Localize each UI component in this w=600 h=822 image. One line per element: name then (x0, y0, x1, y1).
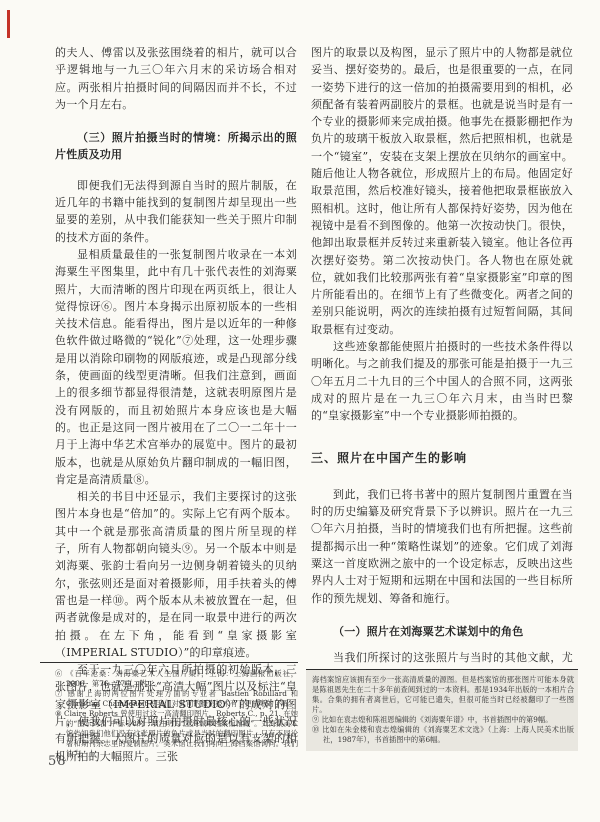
subsection-heading: （一）照片在刘海粟艺术谋划中的角色 (311, 623, 573, 640)
section-heading-three: （三）照片拍摄当时的情境：所揭示出的照片性质及功用 (55, 129, 297, 164)
footnote: ⑦ 感谢上海的两位图片处理方面的专业者 Bastien Robillard 和 … (55, 689, 298, 709)
paragraph-continuation: 的夫人、傅雷以及张弦围绕着的相片，就可以合乎逻辑地与一九三〇年六月末的采访场合相… (55, 44, 297, 113)
page-number: 58 (48, 754, 67, 769)
paragraph: 这些迹象都能使照片拍摄时的一些技术条件得以明晰化。与之前我们提及的那张可能是拍摄… (311, 338, 573, 424)
footnote: ⑥ 《百年沧桑：刘海粟艺术人生图片集》，上海：上海画报出版社，2006，第76—… (55, 669, 298, 689)
footnotes-left: ⑥ 《百年沧桑：刘海粟艺术人生图片集》，上海：上海画报出版社，2006，第76—… (55, 669, 298, 759)
footnote-separator (40, 662, 298, 663)
red-pen-mark (7, 10, 10, 38)
left-column: 的夫人、傅雷以及张弦围绕着的相片，就可以合乎逻辑地与一九三〇年六月末的采访场合相… (55, 44, 297, 765)
paragraph: 即便我们无法得到源自当时的照片制版，在近几年的书籍中能找到的复制图片却呈现出一些… (55, 177, 297, 246)
footnotes-right: 海档案馆应该拥有至少一张高清质量的源图。但是档案馆的那张图片可能本身就是陈祖恩先… (306, 669, 578, 751)
footnote: ⑨ 比如在袁志煌和陈祖恩编辑的《刘海粟年谱》中，书首插图中的第9幅。 (312, 715, 574, 725)
paragraph-continuation: 图片的取景以及构图，显示了照片中的人物都是就位妥当、摆好姿势的。最后，也是很重要… (311, 44, 573, 338)
paragraph: 到此，我们已将书著中的照片复制图片重置在当时的历史编纂及研究背景下予以辨识。照片… (311, 486, 573, 607)
paragraph: 相关的书目中还显示，我们主要探讨的这张图片本身也是“倍加”的。实际上它有两个版本… (55, 488, 297, 661)
footnote: ⑩ 比如在朱金楼和袁志煌编辑的《刘海粟艺术文选》（上海：上海人民美术出版社，19… (312, 725, 574, 745)
chapter-heading: 三、照片在中国产生的影响 (311, 450, 573, 467)
paragraph: 显相质量最佳的一张复制图片收录在一本刘海粟生平图集里，此中有几十张代表性的刘海粟… (55, 246, 297, 488)
footnote-continuation: 海档案馆应该拥有至少一张高清质量的源图。但是档案馆的那张图片可能本身就是陈祖恩先… (312, 675, 574, 715)
right-column: 图片的取景以及构图，显示了照片中的人物都是就位妥当、摆好姿势的。最后，也是很重要… (311, 44, 573, 684)
footnote: ⑧ Claire Roberts 曾使用过这一高清翻印图片，Roberts C.… (55, 709, 298, 759)
document-page: 的夫人、傅雷以及张弦围绕着的相片，就可以合乎逻辑地与一九三〇年六月末的采访场合相… (0, 0, 600, 822)
